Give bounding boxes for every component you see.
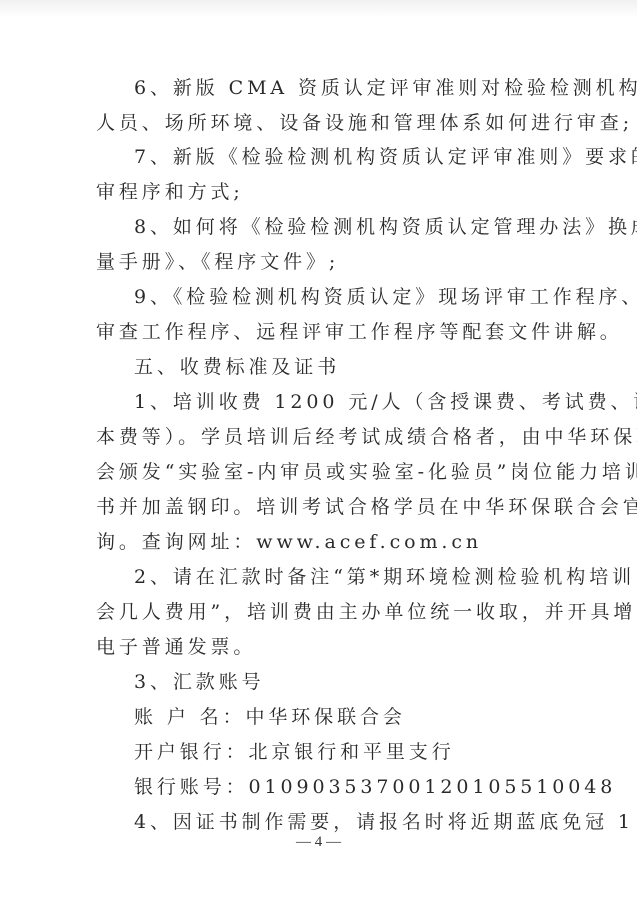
query-url-line: 询。查询网址：www.acef.com.cn: [96, 530, 548, 554]
text-line-fee-1: 1、培训收费 1200 元/人（含授课费、考试费、证书工: [134, 390, 548, 414]
text-line-fee-1-cont-b: 会颁发“实验室-内审员或实验室-化验员”岗位能力培训证: [96, 460, 548, 484]
text-line-item-7-cont: 审程序和方式;: [96, 180, 548, 204]
text-line-fee-4: 4、因证书制作需要，请报名时将近期蓝底免冠 1 寸彩: [134, 810, 548, 834]
account-name-line: 账 户 名：中华环保联合会: [134, 705, 548, 729]
text-line-item-9: 9、《检验检测机构资质认定》现场评审工作程序、书面: [134, 285, 548, 309]
text-line-item-7: 7、新版《检验检测机构资质认定评审准则》要求的评: [134, 145, 548, 169]
text-line-fee-2-cont-a: 会几人费用”，培训费由主办单位统一收取，并开具增值税: [96, 600, 548, 624]
text-line-item-9-cont: 审查工作程序、远程评审工作程序等配套文件讲解。: [96, 320, 548, 344]
account-number-line: 银行账号：01090353700120105510048: [134, 775, 548, 799]
text-line-fee-2-cont-b: 电子普通发票。: [96, 635, 548, 659]
text-line-item-6: 6、新版 CMA 资质认定评审准则对检验检测机构主体、: [134, 76, 548, 100]
text-line-item-6-cont: 人员、场所环境、设备设施和管理体系如何进行审查;: [96, 111, 548, 135]
text-line-fee-1-cont-a: 本费等）。学员培训后经考试成绩合格者，由中华环保联合: [96, 425, 548, 449]
document-page: 6、新版 CMA 资质认定评审准则对检验检测机构主体、 人员、场所环境、设备设施…: [0, 0, 637, 900]
text-line-fee-2: 2、请在汇款时备注“第*期环境检测检验机构培训+参: [134, 565, 548, 589]
scan-shade: [0, 0, 637, 18]
section-heading-fees: 五、收费标准及证书: [134, 355, 548, 379]
text-line-fee-1-cont-c: 书并加盖钢印。培训考试合格学员在中华环保联合会官网查: [96, 495, 548, 519]
text-line-fee-3: 3、汇款账号: [134, 670, 548, 694]
bank-name-line: 开户银行：北京银行和平里支行: [134, 740, 548, 764]
text-line-item-8: 8、如何将《检验检测机构资质认定管理办法》换成《质: [134, 215, 548, 239]
page-number: — 4 —: [0, 834, 637, 851]
text-line-item-8-cont: 量手册》、《程序文件》;: [96, 250, 548, 274]
